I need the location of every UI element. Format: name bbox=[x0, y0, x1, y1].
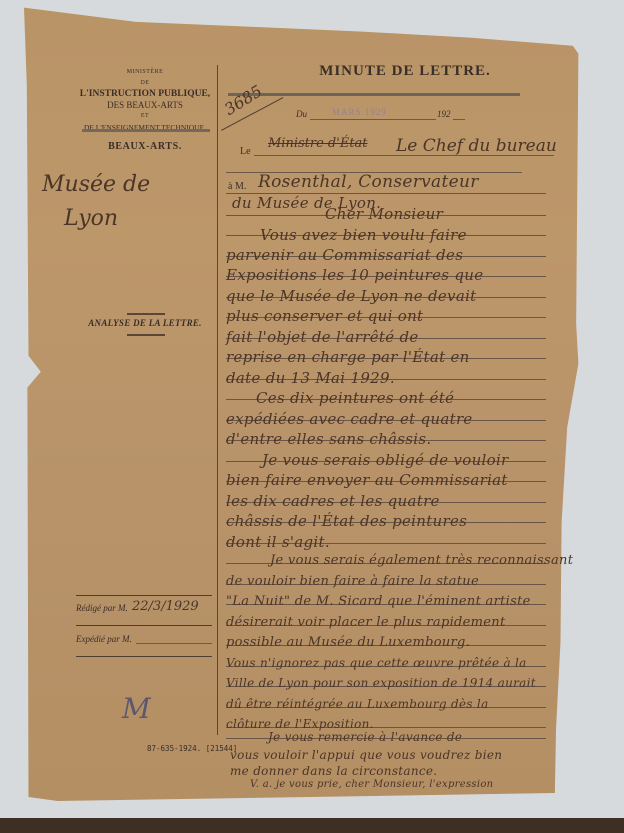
ministry-et: ET bbox=[70, 111, 220, 122]
margin-note-line1: Musée de bbox=[42, 168, 150, 202]
body-line: "La Nuit" de M. Sicard que l'éminent art… bbox=[226, 594, 531, 609]
date-stamp: MARS 1929 bbox=[332, 107, 387, 117]
from-line bbox=[254, 155, 554, 156]
department-label: BEAUX-ARTS. bbox=[70, 141, 220, 152]
body-line: expédiées avec cadre et quatre bbox=[226, 410, 473, 428]
body-line: vous vouloir l'appui que vous voudrez bi… bbox=[230, 748, 502, 762]
body-line: me donner dans la circonstance. bbox=[230, 764, 437, 778]
body-line: Je vous serais également très reconnaiss… bbox=[270, 553, 573, 568]
ministry-line1: L'INSTRUCTION PUBLIQUE, bbox=[70, 89, 220, 100]
redige-value: 22/3/1929 bbox=[132, 599, 199, 614]
date-year-line bbox=[453, 119, 465, 120]
ministry-de: DE bbox=[70, 78, 220, 89]
footer-code: 87-635-1924. [21544] bbox=[147, 744, 237, 753]
from-value: Le Chef du bureau bbox=[396, 136, 557, 156]
footer-rule-3 bbox=[76, 656, 212, 657]
body-line: Vous n'ignorez pas que cette œuvre prêté… bbox=[226, 656, 527, 670]
date-line bbox=[310, 119, 436, 120]
body-line: Je vous serais obligé de vouloir bbox=[262, 451, 509, 469]
body-line: V. a. je vous prie, cher Monsieur, l'exp… bbox=[250, 779, 493, 790]
from-label: Le bbox=[240, 146, 251, 157]
body-line: dû être réintégrée au Luxembourg dès la bbox=[226, 697, 489, 711]
body-line: Je vous remercie à l'avance de bbox=[268, 730, 462, 744]
body-line: dont il s'agit. bbox=[226, 533, 330, 551]
ministry-line2: DES BEAUX-ARTS bbox=[70, 100, 220, 111]
body-line: de vouloir bien faire à faire la statue bbox=[226, 574, 479, 589]
body-line: date du 13 Mai 1929. bbox=[226, 369, 395, 387]
title-rule bbox=[228, 93, 520, 96]
footer-rule-1 bbox=[76, 595, 212, 596]
column-divider bbox=[217, 65, 218, 735]
table-surface bbox=[0, 818, 624, 833]
ministry-header: MINISTÈRE DE L'INSTRUCTION PUBLIQUE, DES… bbox=[70, 67, 220, 133]
analyse-label: ANALYSE DE LA LETTRE. bbox=[70, 318, 220, 328]
body-line: que le Musée de Lyon ne devait bbox=[226, 287, 477, 305]
body-line: châssis de l'État des peintures bbox=[226, 512, 467, 530]
analyse-rule-bottom bbox=[127, 334, 165, 336]
body-line: Vous avez bien voulu faire bbox=[260, 226, 467, 244]
body-line: désirerait voir placer le plus rapidemen… bbox=[226, 615, 505, 630]
body-line: plus conserver et qui ont bbox=[226, 307, 423, 325]
body-line: Cher Monsieur bbox=[325, 205, 443, 223]
body-line: Ces dix peintures ont été bbox=[256, 389, 454, 407]
body-line: d'entre elles sans châssis. bbox=[226, 430, 431, 448]
body-line: clôture de l'Exposition. bbox=[226, 717, 374, 731]
to-line1: Rosenthal, Conservateur bbox=[258, 172, 479, 192]
body-line: parvenir au Commissariat des bbox=[226, 246, 463, 264]
initials: M bbox=[122, 692, 151, 725]
from-struck: Ministre d'État bbox=[268, 136, 368, 151]
body-line: Ville de Lyon pour son exposition de 191… bbox=[226, 676, 536, 690]
analyse-rule-top bbox=[127, 313, 165, 315]
body-line: possible au Musée du Luxembourg. bbox=[226, 635, 470, 650]
margin-note-line2: Lyon bbox=[42, 202, 150, 236]
date-label: Du bbox=[296, 109, 307, 119]
footer-rule-2 bbox=[76, 625, 212, 626]
expedie-line bbox=[136, 643, 212, 644]
document-title: MINUTE DE LETTRE. bbox=[260, 63, 550, 80]
body-line: bien faire envoyer au Commissariat bbox=[226, 471, 508, 489]
body-line: les dix cadres et les quatre bbox=[226, 492, 440, 510]
margin-note: Musée de Lyon bbox=[42, 168, 150, 236]
header-divider bbox=[82, 129, 210, 132]
redige-label: Rédigé par M. bbox=[76, 603, 128, 613]
ministry-label: MINISTÈRE bbox=[70, 67, 220, 78]
body-line: reprise en charge par l'État en bbox=[226, 348, 470, 366]
to-label: à M. bbox=[228, 181, 246, 192]
expedie-label: Expédié par M. bbox=[76, 634, 132, 644]
body-line: fait l'objet de l'arrêté de bbox=[226, 328, 419, 346]
body-line: Expositions les 10 peintures que bbox=[226, 266, 483, 284]
date-year: 192 bbox=[437, 109, 451, 119]
